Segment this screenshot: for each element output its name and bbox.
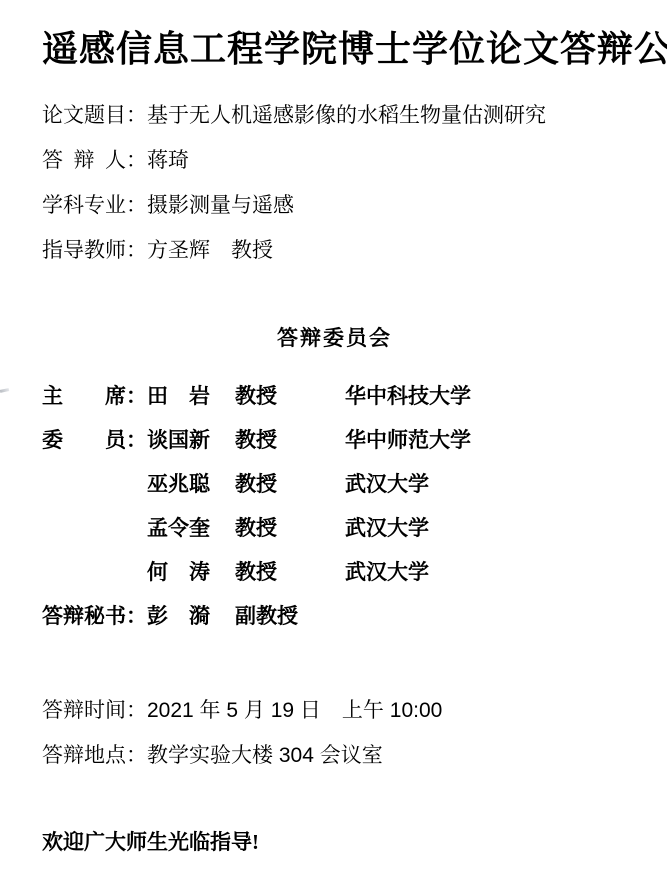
committee-list: 主 席：田 岩教授华中科技大学 委 员：谈国新教授华中师范大学 巫兆聪教授武汉大… [42,374,627,638]
thesis-title-value: 基于无人机遥感影像的水稻生物量估测研究 [147,104,546,127]
defense-location-line: 答辩地点：教学实验大楼 304 会议室 [42,733,627,778]
committee-row-secretary: 答辩秘书：彭 漪副教授 [42,594,627,638]
committee-row-member: 委 员：谈国新教授华中师范大学 [42,418,627,462]
member-affiliation: 华中师范大学 [345,418,627,462]
committee-row-member: 何 涛教授武汉大学 [42,550,627,594]
member-role-label: 答辩秘书： [42,594,147,638]
member-name: 孟令奎 [147,506,235,550]
supervisor-value: 方圣辉 教授 [147,239,273,262]
committee-row-member: 孟令奎教授武汉大学 [42,506,627,550]
member-role-label [42,506,147,550]
info-line-defender: 答 辩 人：蒋琦 [42,138,627,183]
member-name: 何 涛 [147,550,235,594]
member-role-label [42,550,147,594]
member-title: 教授 [235,462,345,506]
defender-value: 蒋琦 [147,149,189,172]
member-affiliation: 武汉大学 [345,506,627,550]
announcement-page: 遥感信息工程学院博士学位论文答辩公告 论文题目：基于无人机遥感影像的水稻生物量估… [0,0,667,888]
member-affiliation [345,594,627,638]
supervisor-label: 指导教师： [42,228,147,273]
member-affiliation: 华中科技大学 [345,374,627,418]
defense-time-value: 2021 年 5 月 19 日 上午 10:00 [147,699,442,722]
member-name: 田 岩 [147,374,235,418]
welcome-note: 欢迎广大师生光临指导! [42,820,627,865]
defense-time-label: 答辩时间： [42,688,147,733]
info-line-thesis-title: 论文题目：基于无人机遥感影像的水稻生物量估测研究 [42,93,627,138]
member-role-label: 主 席： [42,374,147,418]
info-line-major: 学科专业：摄影测量与遥感 [42,183,627,228]
scan-artifact-mark [0,388,9,393]
defense-location-label: 答辩地点： [42,733,147,778]
member-affiliation: 武汉大学 [345,550,627,594]
member-role-label: 委 员： [42,418,147,462]
info-line-supervisor: 指导教师：方圣辉 教授 [42,228,627,273]
member-affiliation: 武汉大学 [345,462,627,506]
thesis-info-block: 论文题目：基于无人机遥感影像的水稻生物量估测研究 答 辩 人：蒋琦 学科专业：摄… [42,93,627,273]
member-title: 教授 [235,374,345,418]
defender-label: 答 辩 人： [42,138,147,183]
major-value: 摄影测量与遥感 [147,194,294,217]
member-title: 教授 [235,550,345,594]
defense-time-line: 答辩时间：2021 年 5 月 19 日 上午 10:00 [42,688,627,733]
major-label: 学科专业： [42,183,147,228]
committee-row-chair: 主 席：田 岩教授华中科技大学 [42,374,627,418]
member-title: 副教授 [235,594,345,638]
committee-heading: 答辩委员会 [42,316,627,361]
member-title: 教授 [235,418,345,462]
committee-row-member: 巫兆聪教授武汉大学 [42,462,627,506]
schedule-block: 答辩时间：2021 年 5 月 19 日 上午 10:00 答辩地点：教学实验大… [42,688,627,778]
member-name: 彭 漪 [147,594,235,638]
page-title: 遥感信息工程学院博士学位论文答辩公告 [42,24,627,74]
thesis-title-label: 论文题目： [42,93,147,138]
defense-location-value: 教学实验大楼 304 会议室 [147,744,383,767]
member-role-label [42,462,147,506]
member-name: 谈国新 [147,418,235,462]
member-title: 教授 [235,506,345,550]
member-name: 巫兆聪 [147,462,235,506]
